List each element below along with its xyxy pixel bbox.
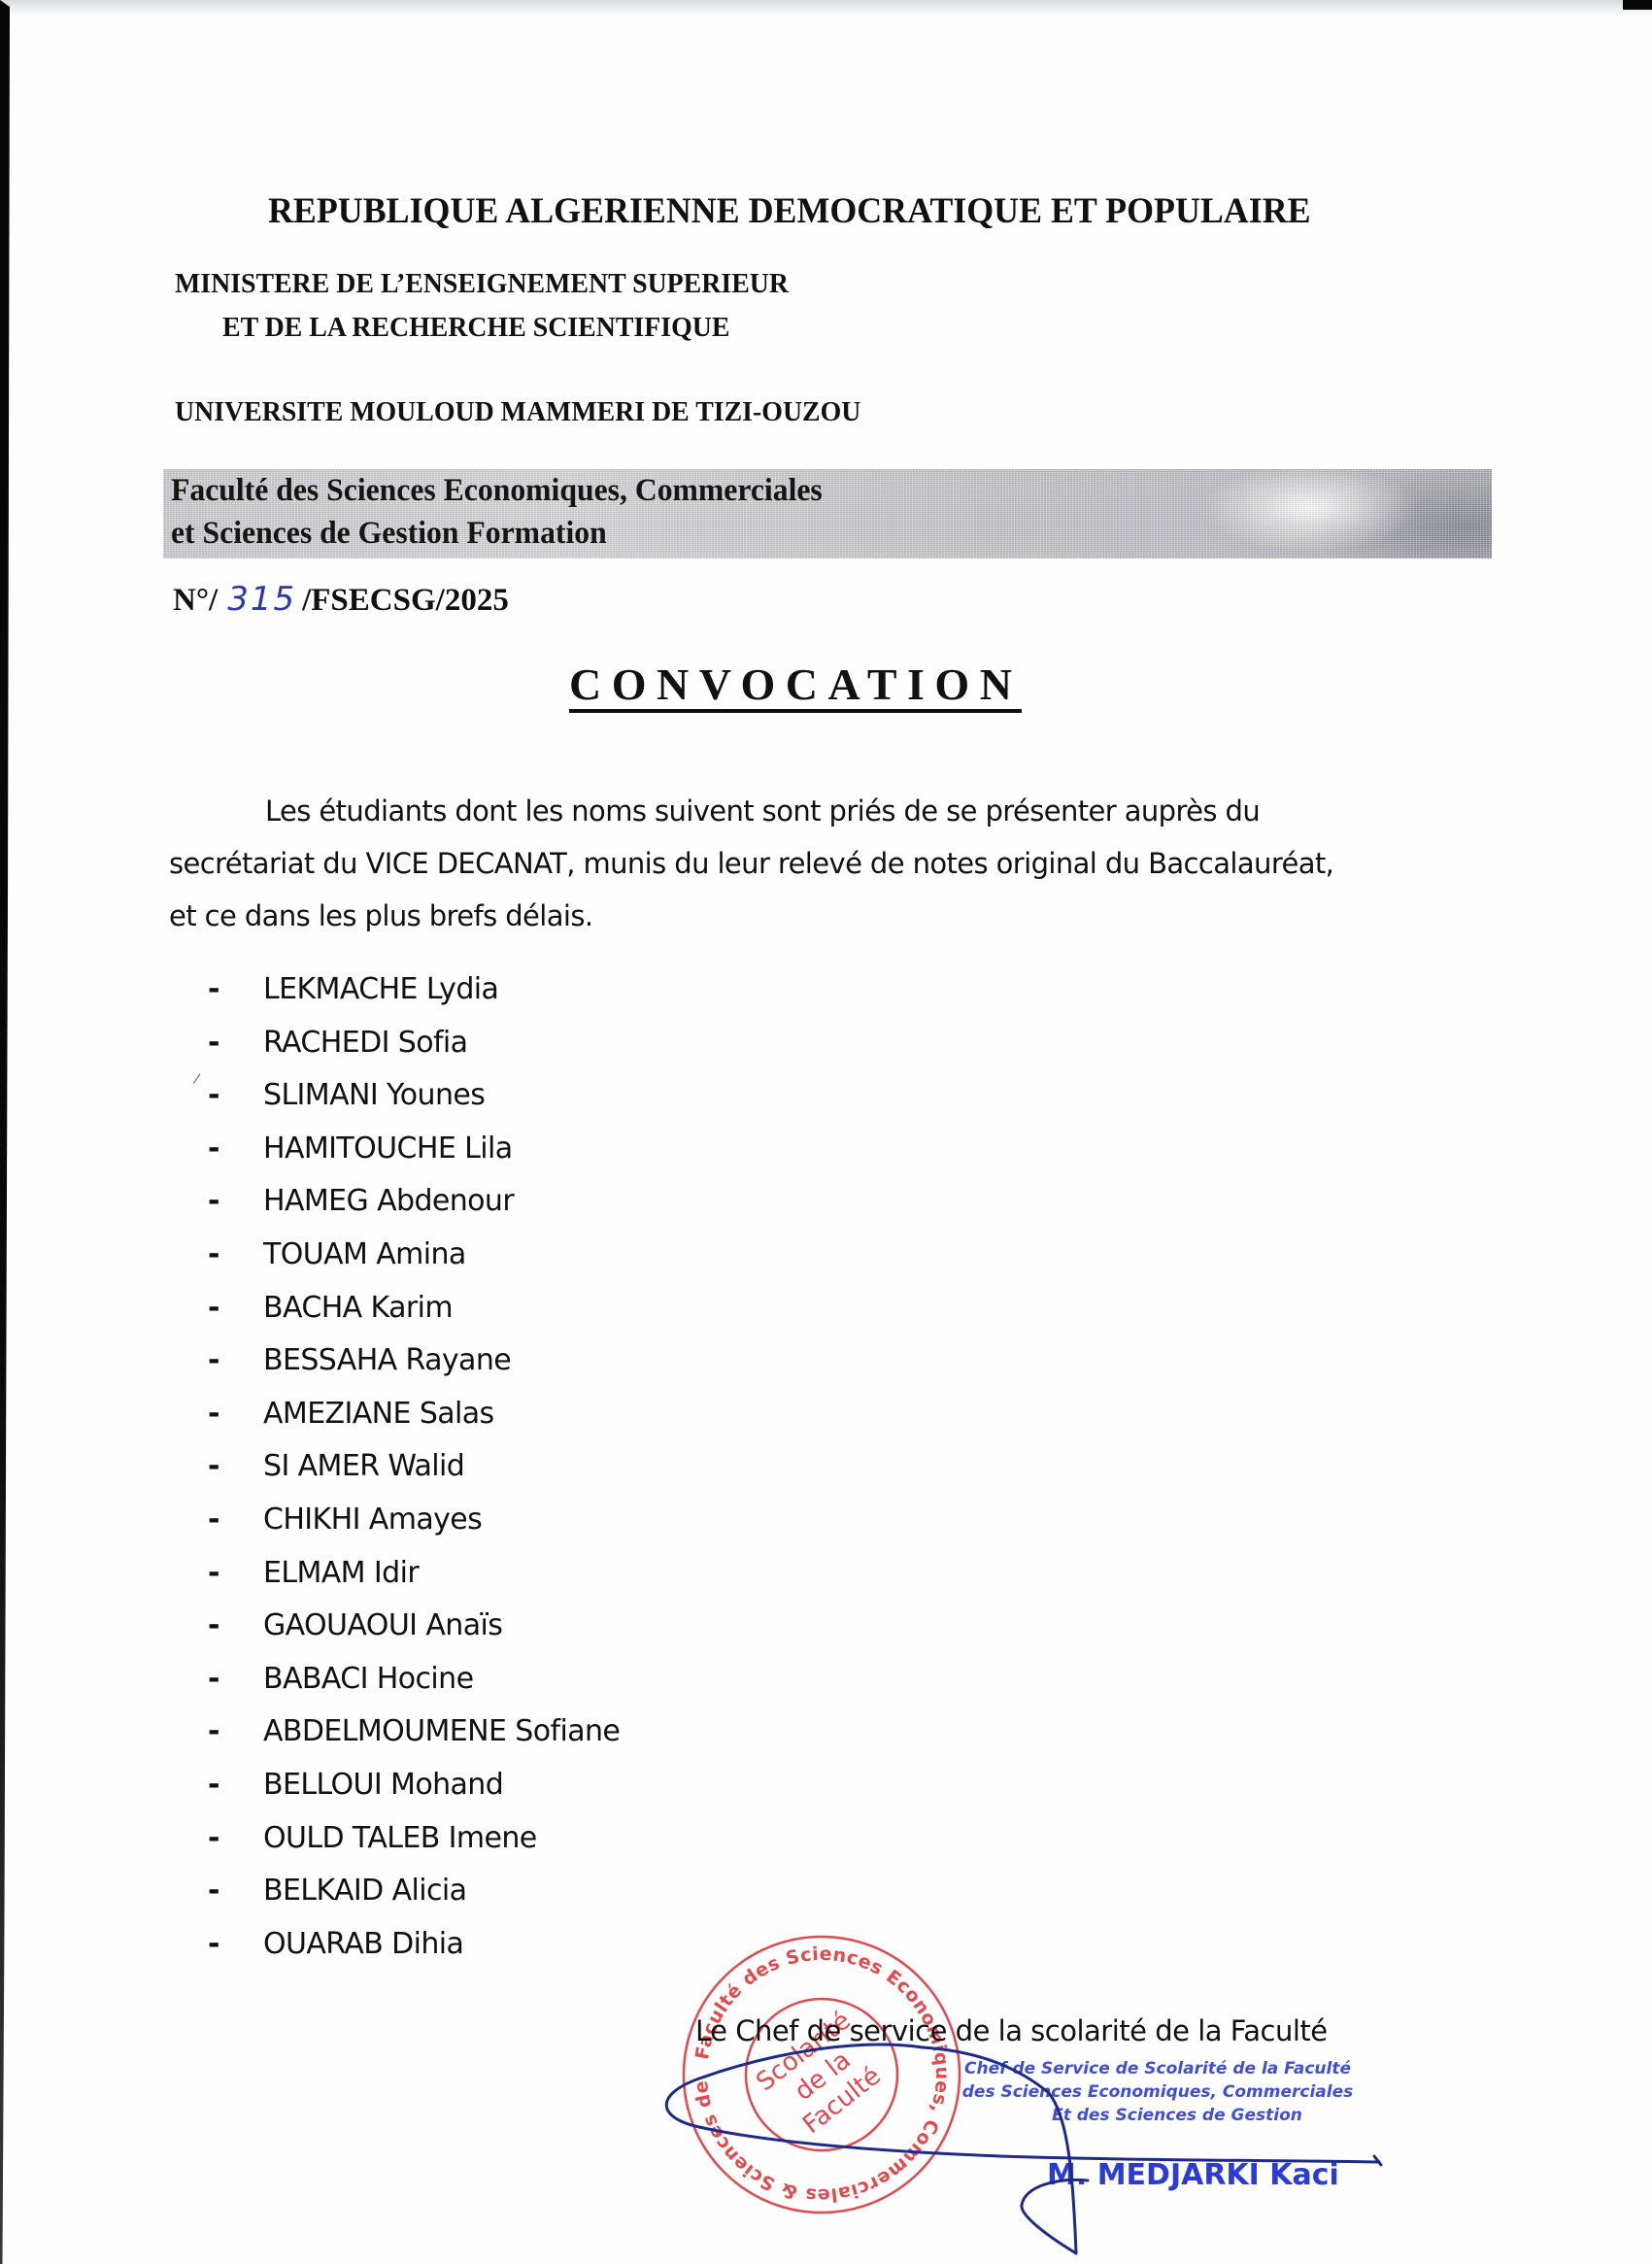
student-list-item: -LEKMACHE Lydia [208,967,620,1021]
student-list: -LEKMACHE Lydia-RACHEDI Sofia-SLIMANI Yo… [208,967,620,1975]
student-name: GAOUAOUI Anaïs [263,1604,502,1657]
document-title: CONVOCATION [569,660,1022,713]
student-name: SLIMANI Younes [263,1073,485,1127]
student-name: RACHEDI Sofia [263,1021,467,1074]
country-heading: REPUBLIQUE ALGERIENNE DEMOCRATIQUE ET PO… [268,190,1311,232]
bullet-dash: - [208,1338,263,1392]
student-list-item: -OUARAB Dihia [208,1922,620,1976]
bullet-dash: - [208,1763,263,1816]
signatory-name: M. MEDJARKI Kaci [1047,2158,1339,2192]
student-list-item: -TOUAM Amina [208,1233,620,1286]
pen-tick-mark [193,1074,202,1085]
bullet-dash: - [208,1498,263,1551]
student-list-item: -ABDELMOUMENE Sofiane [208,1709,620,1763]
scan-edge-right [1623,0,1652,10]
student-name: OULD TALEB Imene [263,1816,537,1870]
student-name: BESSAHA Rayane [263,1338,511,1392]
official-blue-stamp: Chef de Service de Scolarité de la Facul… [944,2057,1371,2127]
student-list-item: -BABACI Hocine [208,1657,620,1710]
student-name: BABACI Hocine [263,1657,473,1710]
faculty-name-line1: Faculté des Sciences Economiques, Commer… [171,469,823,512]
blue-stamp-line: des Sciences Economiques, Commerciales [944,2080,1371,2104]
bullet-dash: - [208,1179,263,1233]
handwritten-number: 315 [227,580,296,619]
student-list-item: -HAMEG Abdenour [208,1179,620,1233]
bullet-dash: - [208,1816,263,1870]
bullet-dash: - [208,1286,263,1339]
bullet-dash: - [208,1444,263,1498]
bullet-dash: - [208,1233,263,1286]
student-name: AMEZIANE Salas [263,1392,494,1445]
student-name: SI AMER Walid [263,1444,464,1498]
student-name: LEKMACHE Lydia [263,967,498,1021]
student-list-item: -BACHA Karim [208,1286,620,1339]
bullet-dash: - [208,1922,263,1976]
reference-prefix: N°/ [173,583,218,618]
student-name: TOUAM Amina [263,1233,466,1286]
student-name: HAMITOUCHE Lila [263,1127,512,1180]
bullet-dash: - [208,1657,263,1710]
bullet-dash: - [208,1869,263,1922]
student-name: ABDELMOUMENE Sofiane [263,1709,620,1763]
ministry-heading-line1: MINISTERE DE L’ENSEIGNEMENT SUPERIEUR [175,268,789,300]
bullet-dash: - [208,1127,263,1180]
blue-stamp-line: Chef de Service de Scolarité de la Facul… [944,2057,1371,2080]
student-name: OUARAB Dihia [263,1922,463,1976]
student-list-item: -BELLOUI Mohand [208,1763,620,1816]
document-page: REPUBLIQUE ALGERIENNE DEMOCRATIQUE ET PO… [0,0,1652,2264]
student-list-item: -BELKAID Alicia [208,1869,620,1922]
bullet-dash: - [208,1021,263,1074]
university-heading: UNIVERSITE MOULOUD MAMMERI DE TIZI-OUZOU [175,396,860,428]
student-name: HAMEG Abdenour [263,1179,514,1233]
faculty-name-line2: et Sciences de Gestion Formation [171,512,823,555]
student-name: BACHA Karim [263,1286,453,1339]
student-list-item: -SLIMANI Younes [208,1073,620,1127]
student-list-item: -RACHEDI Sofia [208,1021,620,1074]
reference-suffix: /FSECSG/2025 [302,583,509,618]
blue-stamp-line: Et des Sciences de Gestion [944,2104,1371,2127]
bullet-dash: - [208,1073,263,1127]
scan-edge-top [0,0,1652,17]
bullet-dash: - [208,1604,263,1657]
student-name: BELLOUI Mohand [263,1763,503,1816]
faculty-name: Faculté des Sciences Economiques, Commer… [171,469,823,555]
bullet-dash: - [208,967,263,1021]
paragraph-line: secrétariat du VICE DECANAT, munis du le… [169,837,1509,890]
body-paragraph: Les étudiants dont les noms suivent sont… [169,785,1509,942]
student-list-item: -OULD TALEB Imene [208,1816,620,1870]
paragraph-line: et ce dans les plus brefs délais. [169,890,1509,942]
bullet-dash: - [208,1392,263,1445]
faculty-banner: Faculté des Sciences Economiques, Commer… [163,469,1492,558]
scan-edge-left [0,0,10,2264]
student-list-item: -BESSAHA Rayane [208,1338,620,1392]
paragraph-line: Les étudiants dont les noms suivent sont… [169,785,1509,837]
reference-number: N°/315/FSECSG/2025 [173,580,509,619]
student-list-item: -CHIKHI Amayes [208,1498,620,1551]
bullet-dash: - [208,1551,263,1605]
student-list-item: -HAMITOUCHE Lila [208,1127,620,1180]
ministry-heading-line2: ET DE LA RECHERCHE SCIENTIFIQUE [222,312,729,344]
signatory-title: Le Chef de service de la scolarité de la… [695,2014,1328,2047]
student-list-item: -SI AMER Walid [208,1444,620,1498]
faculty-red-stamp: Faculté des Sciences Economiques, Commer… [676,1929,967,2220]
bullet-dash: - [208,1709,263,1763]
student-list-item: -GAOUAOUI Anaïs [208,1604,620,1657]
student-name: ELMAM Idir [263,1551,419,1605]
student-name: BELKAID Alicia [263,1869,466,1922]
student-list-item: -ELMAM Idir [208,1551,620,1605]
student-list-item: -AMEZIANE Salas [208,1392,620,1445]
student-name: CHIKHI Amayes [263,1498,482,1551]
